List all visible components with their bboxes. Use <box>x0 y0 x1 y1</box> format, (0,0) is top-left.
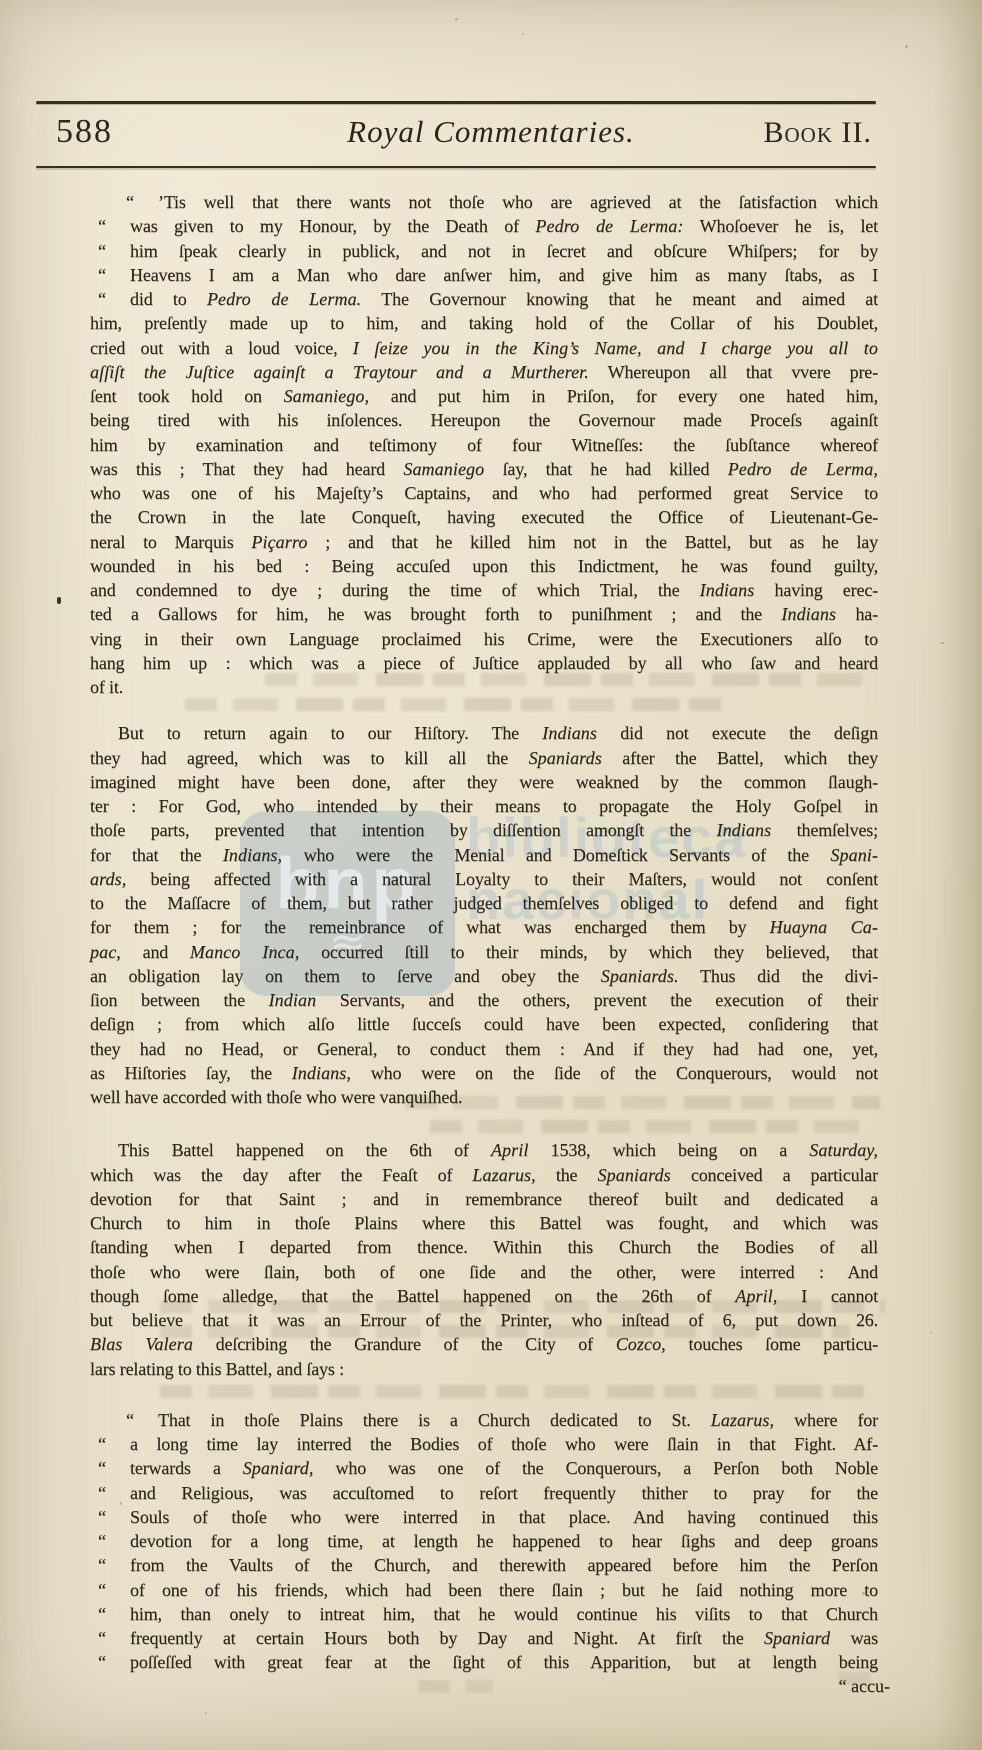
quote-mark: “ <box>118 190 158 214</box>
line-text: of one of his friends, which had been th… <box>130 1578 878 1602</box>
line-text: devotion for that Saint ; and in remembr… <box>90 1187 878 1211</box>
line-text: ving in their own Language proclaimed hi… <box>90 627 878 651</box>
text-line: which was the day after the Feaſt of Laz… <box>90 1163 878 1187</box>
paper-speck <box>905 45 908 48</box>
book-label: Book II. <box>764 116 873 150</box>
catchword: “ accu- <box>700 1676 890 1697</box>
text-line: they had no Head, or General, to conduct… <box>90 1037 878 1061</box>
text-line: they had agreed, which was to kill all t… <box>90 746 878 770</box>
text-line: hang him up : which was a piece of Juſti… <box>90 651 878 675</box>
paper-speck <box>941 642 944 644</box>
line-text: being tired with his inſolences. Hereupo… <box>90 408 878 432</box>
text-line: imagined might have been done, after the… <box>90 770 878 794</box>
text-line: of it. <box>90 675 878 699</box>
quote-mark: “ <box>90 239 130 263</box>
line-text: wounded in his bed : Being accuſed upon … <box>90 554 878 578</box>
text-line: “frequently at certain Hours both by Day… <box>90 1626 878 1650</box>
line-text: hang him up : which was a piece of Juſti… <box>90 651 878 675</box>
header-rule-top <box>36 101 876 104</box>
line-text: frequently at certain Hours both by Day … <box>130 1626 878 1650</box>
text-line: Church to him in thoſe Plains where this… <box>90 1211 878 1235</box>
quote-mark: “ <box>90 1626 130 1650</box>
text-line: “him, than onely to intreat him, that he… <box>90 1602 878 1626</box>
line-text: did to Pedro de Lerma. The Governour kno… <box>130 287 878 311</box>
text-line: “and Religious, was accuſtomed to reſort… <box>90 1481 878 1505</box>
paragraph: But to return again to our Hiſtory. The … <box>90 721 878 1109</box>
quote-mark: “ <box>90 1505 130 1529</box>
line-text: of it. <box>90 675 878 699</box>
line-text: from the Vaults of the Church, and there… <box>130 1553 878 1577</box>
line-text: him, preſently made up to him, and takin… <box>90 311 878 335</box>
text-line: “from the Vaults of the Church, and ther… <box>90 1553 878 1577</box>
line-text: ards, being affected with a natural Loya… <box>90 867 878 891</box>
text-line: “of one of his friends, which had been t… <box>90 1578 878 1602</box>
paper-speck <box>930 1332 932 1334</box>
line-text: which was the day after the Feaſt of Laz… <box>90 1163 878 1187</box>
line-text: was this ; That they had heard Samaniego… <box>90 457 878 481</box>
line-text: to the Maſſacre of them, but rather judg… <box>90 891 878 915</box>
quote-mark: “ <box>90 1553 130 1577</box>
quote-mark: “ <box>90 1432 130 1456</box>
text-line: for them ; for the remeinbrance of what … <box>90 915 878 939</box>
line-text: a long time lay interred the Bodies of t… <box>130 1432 878 1456</box>
text-line: deſign ; from which alſo little ſucceſs … <box>90 1012 878 1036</box>
text-line: an obligation lay on them to ſerve and o… <box>90 964 878 988</box>
text-line: “poſſeſſed with great fear at the ſight … <box>90 1650 878 1674</box>
line-text: him, than onely to intreat him, that he … <box>130 1602 878 1626</box>
ink-bleedthrough <box>408 1680 493 1693</box>
line-text: an obligation lay on them to ſerve and o… <box>90 964 878 988</box>
text-line: was this ; That they had heard Samaniego… <box>90 457 878 481</box>
line-text: ſtanding when I departed from thence. Wi… <box>90 1235 878 1259</box>
text-line: thoſe who were ſlain, both of one ſide a… <box>90 1260 878 1284</box>
text-block: “’Tis well that there wants not thoſe wh… <box>90 190 878 1675</box>
text-line: who was one of his Majeſty’s Captains, a… <box>90 481 878 505</box>
paper-speck <box>205 1712 207 1714</box>
text-line: “terwards a Spaniard, who was one of the… <box>90 1456 878 1480</box>
line-text: well have accorded with thoſe who were v… <box>90 1085 878 1109</box>
text-line: ards, being affected with a natural Loya… <box>90 867 878 891</box>
text-line: but believe that it was an Errour of the… <box>90 1308 878 1332</box>
text-line: ving in their own Language proclaimed hi… <box>90 627 878 651</box>
quote-mark: “ <box>90 263 130 287</box>
running-header: 588 Royal Commentaries. Book II. <box>0 0 982 170</box>
text-line: lars relating to this Battel, and ſays : <box>90 1357 878 1381</box>
line-text: pac, and Manco Inca, occurred ſtill to t… <box>90 940 878 964</box>
text-line: pac, and Manco Inca, occurred ſtill to t… <box>90 940 878 964</box>
line-text: ſion between the Indian Servants, and th… <box>90 988 878 1012</box>
line-text: But to return again to our Hiſtory. The … <box>118 721 878 745</box>
text-line: being tired with his inſolences. Hereupo… <box>90 408 878 432</box>
line-text: neral to Marquis Piçarro ; and that he k… <box>90 530 878 554</box>
text-line: well have accorded with thoſe who were v… <box>90 1085 878 1109</box>
quote-mark: “ <box>90 1481 130 1505</box>
line-text: poſſeſſed with great fear at the ſight o… <box>130 1650 878 1674</box>
text-line: ſion between the Indian Servants, and th… <box>90 988 878 1012</box>
text-line: him by examination and teſtimony of four… <box>90 433 878 457</box>
quote-mark: “ <box>90 287 130 311</box>
text-line: for that the Indians, who were the Menia… <box>90 843 878 867</box>
quote-mark: “ <box>90 1602 130 1626</box>
line-text: cried out with a loud voice, I ſeize you… <box>90 336 878 360</box>
line-text: Heavens I am a Man who dare anſwer him, … <box>130 263 878 287</box>
text-line: “That in thoſe Plains there is a Church … <box>90 1408 878 1432</box>
text-line: “was given to my Honour, by the Death of… <box>90 214 878 238</box>
header-rule-bottom <box>36 166 876 168</box>
text-line: “devotion for a long time, at length he … <box>90 1529 878 1553</box>
line-text: for that the Indians, who were the Menia… <box>90 843 878 867</box>
line-text: they had no Head, or General, to conduct… <box>90 1037 878 1061</box>
paper-speck <box>455 18 458 20</box>
text-line: cried out with a loud voice, I ſeize you… <box>90 336 878 360</box>
quote-mark: “ <box>90 214 130 238</box>
text-line: “Heavens I am a Man who dare anſwer him,… <box>90 263 878 287</box>
paragraph: This Battel happened on the 6th of April… <box>90 1138 878 1381</box>
text-line: wounded in his bed : Being accuſed upon … <box>90 554 878 578</box>
quote-mark: “ <box>90 1529 130 1553</box>
line-text: ter : For God, who intended by their mea… <box>90 794 878 818</box>
line-text: devotion for a long time, at length he h… <box>130 1529 878 1553</box>
text-line: neral to Marquis Piçarro ; and that he k… <box>90 530 878 554</box>
line-text: Souls of thoſe who were interred in that… <box>130 1505 878 1529</box>
text-line: ted a Gallows for him, he was brought fo… <box>90 602 878 626</box>
text-line: “Souls of thoſe who were interred in tha… <box>90 1505 878 1529</box>
text-line: This Battel happened on the 6th of April… <box>90 1138 878 1162</box>
line-text: ſent took hold on Samaniego, and put him… <box>90 384 878 408</box>
text-line: the Crown in the late Conqueſt, having e… <box>90 505 878 529</box>
paragraph: “That in thoſe Plains there is a Church … <box>90 1408 878 1675</box>
paper-speck <box>522 33 524 35</box>
quote-mark: “ <box>90 1456 130 1480</box>
line-text: Blas Valera deſcribing the Grandure of t… <box>90 1332 878 1356</box>
ink-spot <box>57 597 61 604</box>
line-text: thoſe parts, prevented that intention by… <box>90 818 878 842</box>
line-text: ’Tis well that there wants not thoſe who… <box>158 190 878 214</box>
text-line: devotion for that Saint ; and in remembr… <box>90 1187 878 1211</box>
quote-mark: “ <box>90 1578 130 1602</box>
book-page-scan: bnp ≋ biblioteca nacional 588 Royal Comm… <box>0 0 982 1750</box>
text-line: him, preſently made up to him, and takin… <box>90 311 878 335</box>
line-text: for them ; for the remeinbrance of what … <box>90 915 878 939</box>
line-text: but believe that it was an Errour of the… <box>90 1308 878 1332</box>
text-line: ſtanding when I departed from thence. Wi… <box>90 1235 878 1259</box>
line-text: they had agreed, which was to kill all t… <box>90 746 878 770</box>
text-line: But to return again to our Hiſtory. The … <box>90 721 878 745</box>
text-line: “him ſpeak clearly in publick, and not i… <box>90 239 878 263</box>
line-text: ted a Gallows for him, he was brought fo… <box>90 602 878 626</box>
line-text: was given to my Honour, by the Death of … <box>130 214 878 238</box>
line-text: the Crown in the late Conqueſt, having e… <box>90 505 878 529</box>
text-line: aſſiſt the Juſtice againſt a Traytour an… <box>90 360 878 384</box>
line-text: terwards a Spaniard, who was one of the … <box>130 1456 878 1480</box>
text-line: ſent took hold on Samaniego, and put him… <box>90 384 878 408</box>
text-line: “a long time lay interred the Bodies of … <box>90 1432 878 1456</box>
line-text: That in thoſe Plains there is a Church d… <box>158 1408 878 1432</box>
text-line: “’Tis well that there wants not thoſe wh… <box>90 190 878 214</box>
line-text: This Battel happened on the 6th of April… <box>118 1138 878 1162</box>
line-text: who was one of his Majeſty’s Captains, a… <box>90 481 878 505</box>
text-line: though ſome alledge, that the Battel hap… <box>90 1284 878 1308</box>
text-line: to the Maſſacre of them, but rather judg… <box>90 891 878 915</box>
line-text: Church to him in thoſe Plains where this… <box>90 1211 878 1235</box>
text-line: as Hiſtories ſay, the Indians, who were … <box>90 1061 878 1085</box>
line-text: deſign ; from which alſo little ſucceſs … <box>90 1012 878 1036</box>
paragraph: “’Tis well that there wants not thoſe wh… <box>90 190 878 699</box>
line-text: lars relating to this Battel, and ſays : <box>90 1357 878 1381</box>
line-text: though ſome alledge, that the Battel hap… <box>90 1284 878 1308</box>
line-text: him ſpeak clearly in publick, and not in… <box>130 239 878 263</box>
line-text: as Hiſtories ſay, the Indians, who were … <box>90 1061 878 1085</box>
line-text: and condemned to dye ; during the time o… <box>90 578 878 602</box>
line-text: aſſiſt the Juſtice againſt a Traytour an… <box>90 360 878 384</box>
quote-mark: “ <box>118 1408 158 1432</box>
text-line: thoſe parts, prevented that intention by… <box>90 818 878 842</box>
line-text: imagined might have been done, after the… <box>90 770 878 794</box>
text-line: ter : For God, who intended by their mea… <box>90 794 878 818</box>
text-line: and condemned to dye ; during the time o… <box>90 578 878 602</box>
text-line: “did to Pedro de Lerma. The Governour kn… <box>90 287 878 311</box>
line-text: him by examination and teſtimony of four… <box>90 433 878 457</box>
quote-mark: “ <box>90 1650 130 1674</box>
text-line: Blas Valera deſcribing the Grandure of t… <box>90 1332 878 1356</box>
line-text: thoſe who were ſlain, both of one ſide a… <box>90 1260 878 1284</box>
line-text: and Religious, was accuſtomed to reſort … <box>130 1481 878 1505</box>
